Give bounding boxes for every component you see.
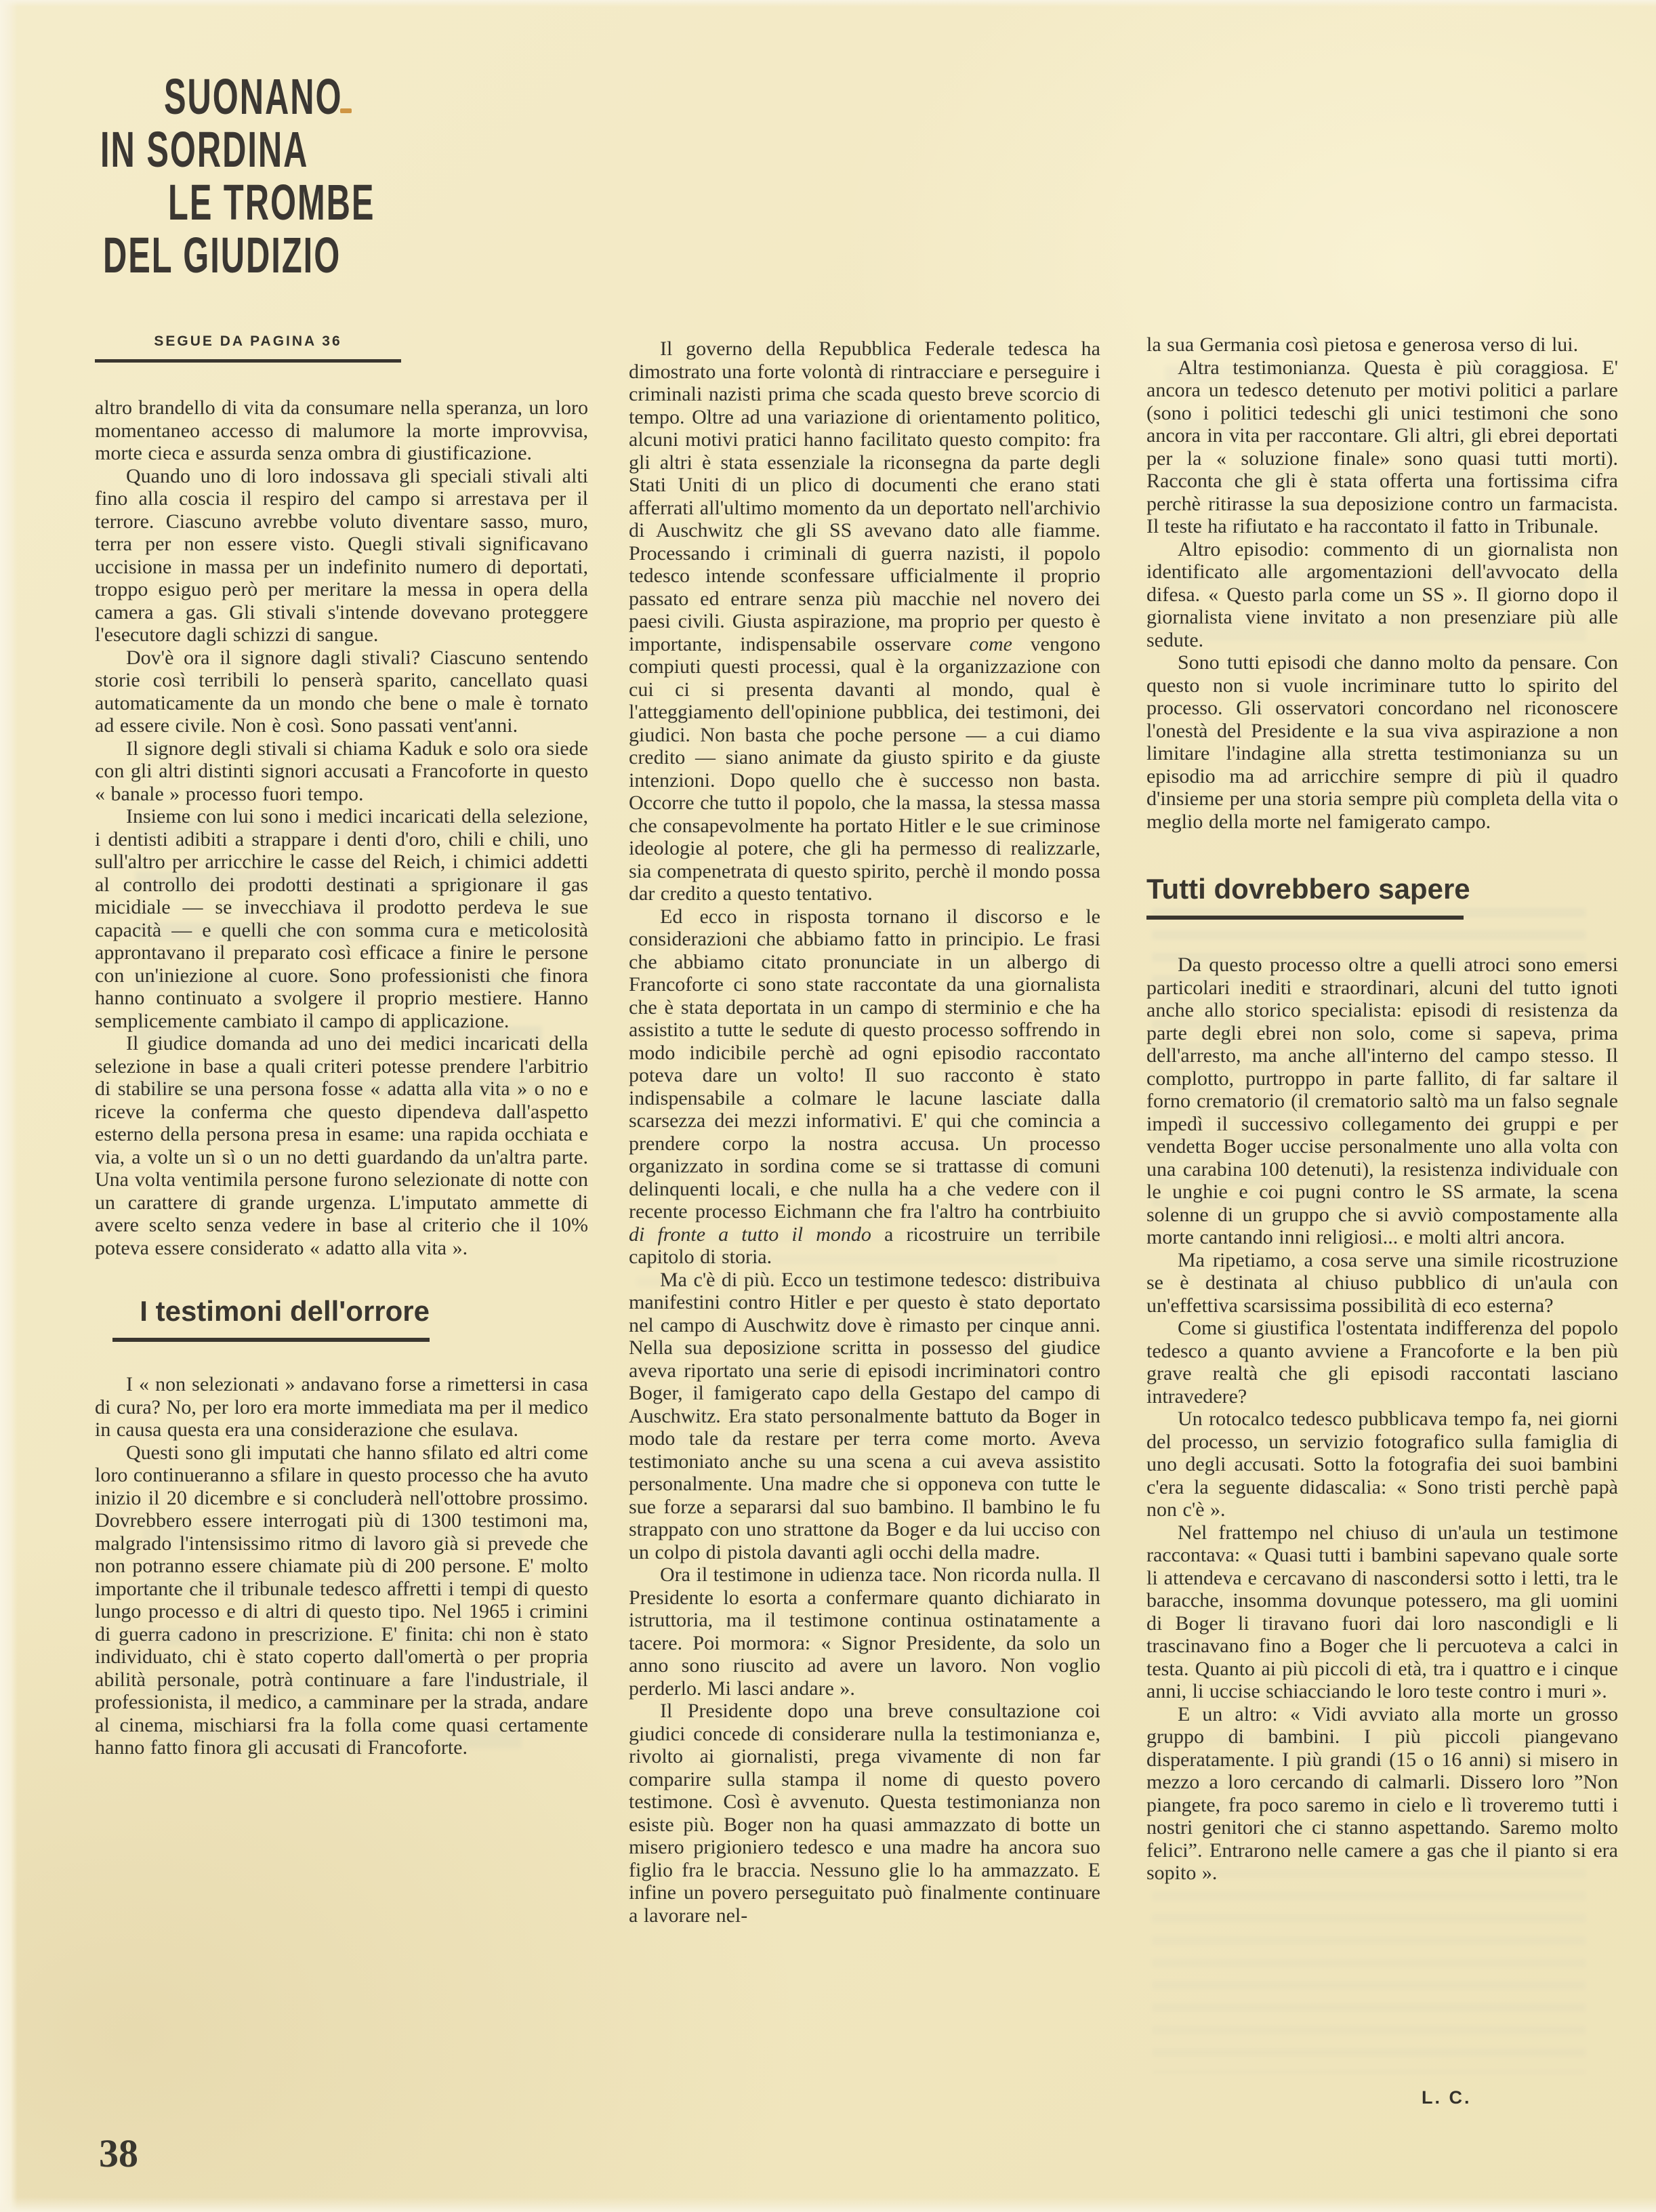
- page-number: 38: [99, 2131, 138, 2176]
- body-paragraph: Un rotocalco tedesco pubblicava tempo fa…: [1146, 1408, 1618, 1521]
- body-paragraph: Sono tutti episodi che danno molto da pe…: [1146, 651, 1618, 833]
- body-paragraph: Il Presidente dopo una breve consultazio…: [629, 1700, 1100, 1927]
- body-paragraph: Da questo processo oltre a quelli atroci…: [1146, 954, 1618, 1249]
- body-paragraph: Ed ecco in risposta tornano il discorso …: [629, 905, 1100, 1269]
- scan-edge-top: [0, 0, 1656, 7]
- magazine-page: SUONANO IN SORDINA LE TROMBE DEL GIUDIZI…: [0, 0, 1656, 2212]
- article-title-line-1: SUONANO: [164, 70, 373, 123]
- accent-dash-mark: [340, 108, 352, 113]
- scan-edge-bottom: [0, 2197, 1656, 2212]
- scan-edge-left: [0, 0, 18, 2212]
- kicker-continued-from: SEGUE DA PAGINA 36: [95, 333, 401, 350]
- body-paragraph: la sua Germania così pietosa e generosa …: [1146, 333, 1618, 356]
- body-paragraph: Dov'è ora il signore dagli stivali? Cias…: [95, 647, 588, 737]
- article-title-line-2: IN SORDINA: [100, 123, 352, 176]
- body-paragraph: Ma c'è di più. Ecco un testimone tedesco…: [629, 1269, 1100, 1564]
- article-title-line-3: LE TROMBE: [168, 176, 375, 229]
- article-title-block: SUONANO IN SORDINA LE TROMBE DEL GIUDIZI…: [95, 70, 482, 282]
- body-paragraph: Il signore degli stivali si chiama Kaduk…: [95, 737, 588, 806]
- body-paragraph: I « non selezionati » andavano forse a r…: [95, 1373, 588, 1441]
- body-paragraph: E un altro: « Vidi avviato alla morte un…: [1146, 1703, 1618, 1885]
- body-paragraph: Come si giustifica l'ostentata indiffere…: [1146, 1317, 1618, 1408]
- section-heading: Tutti dovrebbero sapere: [1146, 874, 1464, 920]
- kicker-rule: [95, 359, 401, 363]
- body-paragraph: Ora il testimone in udienza tace. Non ri…: [629, 1563, 1100, 1700]
- body-paragraph: Nel frattempo nel chiuso di un'aula un t…: [1146, 1521, 1618, 1703]
- body-paragraph: altro brandello di vita da consumare nel…: [95, 396, 588, 465]
- body-paragraph: Questi sono gli imputati che hanno sfila…: [95, 1441, 588, 1759]
- body-paragraph: Altra testimonianza. Questa è più coragg…: [1146, 356, 1618, 538]
- article-column-3: la sua Germania così pietosa e generosa …: [1146, 333, 1618, 1885]
- body-paragraph: Quando uno di loro indossava gli special…: [95, 465, 588, 647]
- author-initials: L. C.: [1422, 2087, 1472, 2108]
- body-paragraph: Il governo della Repubblica Federale ted…: [629, 337, 1100, 905]
- article-column-2: Il governo della Repubblica Federale ted…: [629, 337, 1100, 1927]
- article-title-line-4: DEL GIUDIZIO: [103, 229, 353, 282]
- section-heading: I testimoni dell'orrore: [112, 1296, 430, 1342]
- body-paragraph: Ma ripetiamo, a cosa serve una simile ri…: [1146, 1249, 1618, 1317]
- body-paragraph: Altro episodio: commento di un giornalis…: [1146, 538, 1618, 652]
- article-column-1: altro brandello di vita da consumare nel…: [95, 396, 588, 1759]
- body-paragraph: Il giudice domanda ad uno dei medici inc…: [95, 1032, 588, 1259]
- body-paragraph: Insieme con lui sono i medici incaricati…: [95, 805, 588, 1032]
